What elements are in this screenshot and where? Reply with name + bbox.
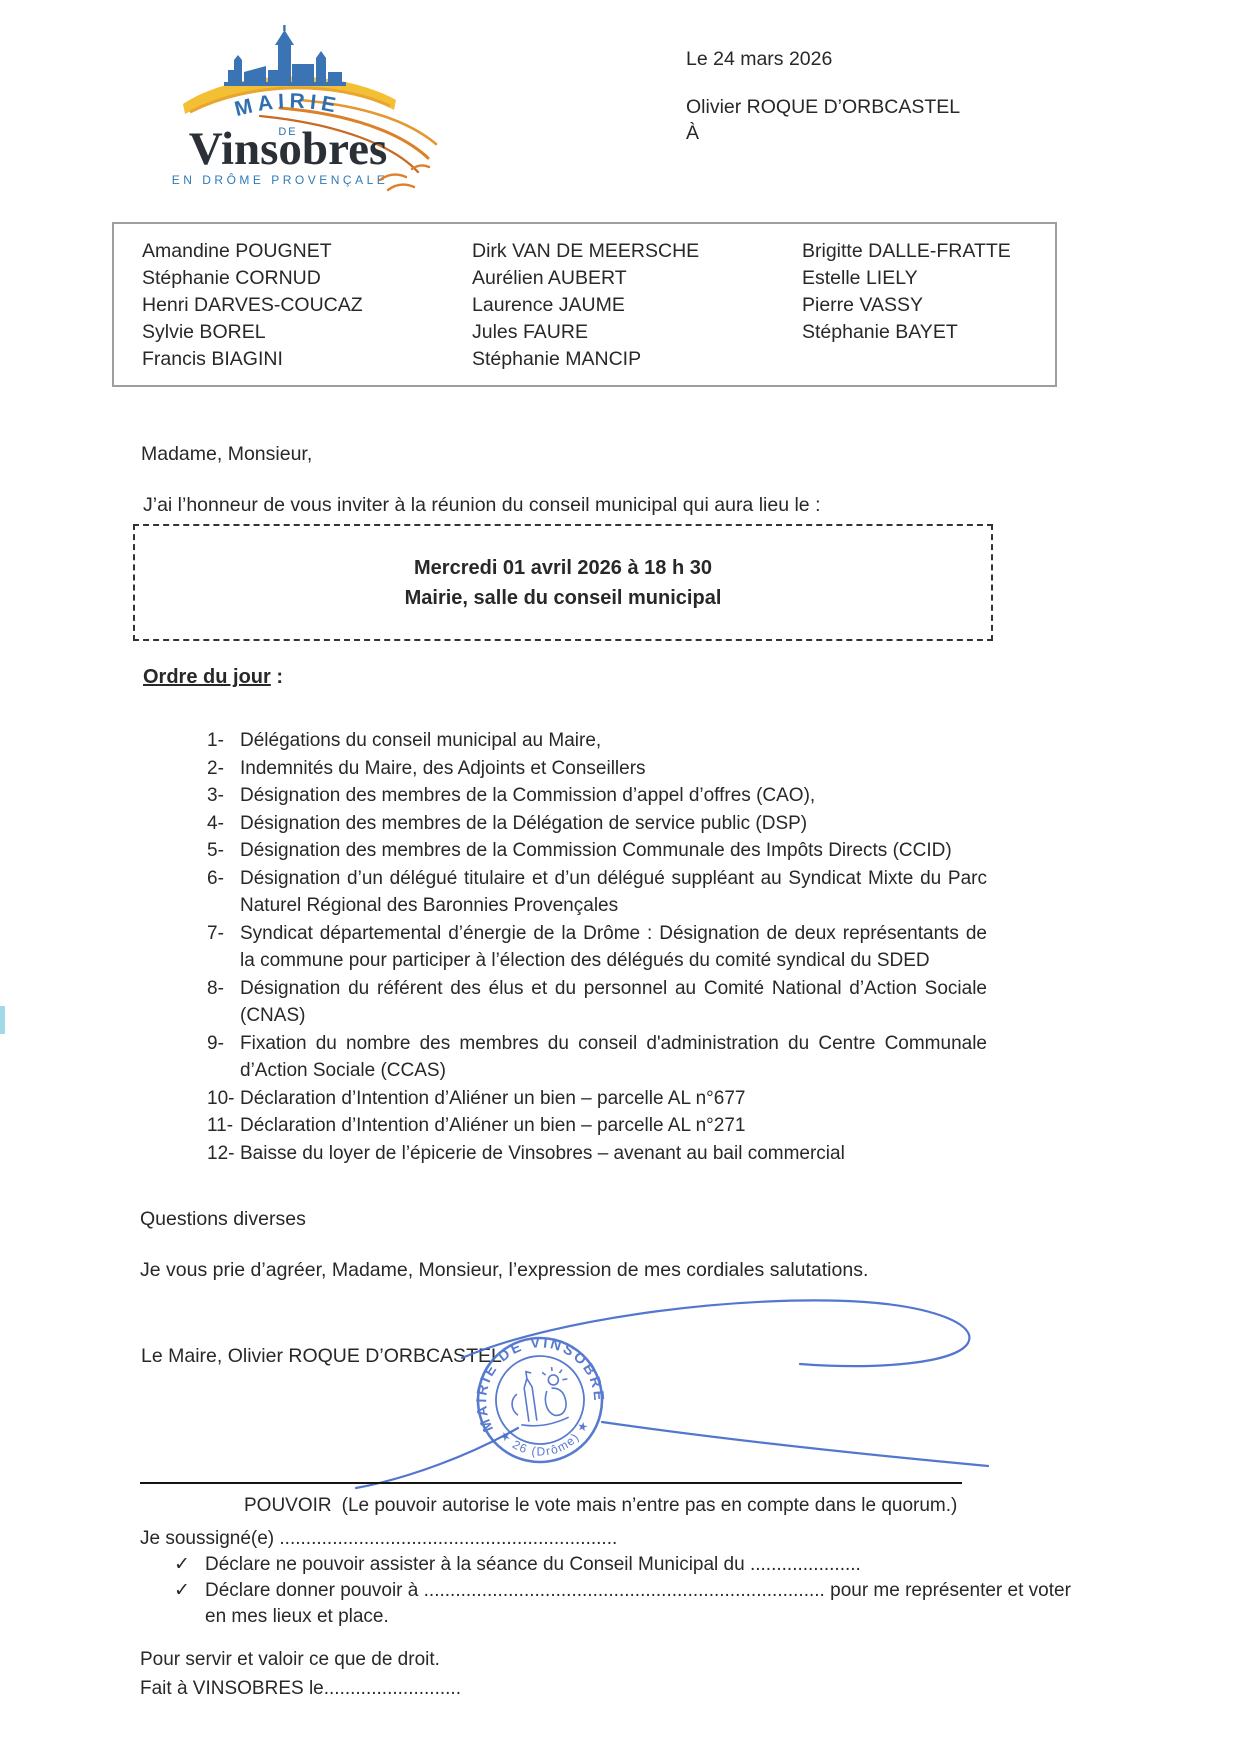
stamp-and-signature: MAIRIE DE VINSOBRES ★ 26 (Drôme) ★ xyxy=(320,1280,1010,1495)
mairie-vinsobres-logo: MAIRIE DE Vinsobres EN DRÔME PROVENÇALE xyxy=(128,22,448,197)
agenda-item: 9-Fixation du nombre des membres du cons… xyxy=(207,1030,987,1085)
agenda-item-number: 5- xyxy=(207,837,224,865)
agenda-item-number: 6- xyxy=(207,865,224,893)
agenda-item-number: 10- xyxy=(207,1085,234,1113)
recipient-name: Stéphanie BAYET xyxy=(802,319,1047,346)
meeting-location: Mairie, salle du conseil municipal xyxy=(135,583,991,613)
agenda-item: 5-Désignation des membres de la Commissi… xyxy=(207,837,987,865)
agenda-item-number: 9- xyxy=(207,1030,224,1058)
agenda-item-text: Désignation du référent des élus et du p… xyxy=(240,978,987,1027)
recipient-name: Stéphanie CORNUD xyxy=(142,265,472,292)
questions-diverses: Questions diverses xyxy=(140,1208,306,1231)
letter-author: Olivier ROQUE D’ORBCASTEL xyxy=(686,96,960,119)
agenda-item: 3-Désignation des membres de la Commissi… xyxy=(207,782,987,810)
letter-to-label: À xyxy=(686,122,960,145)
agenda-item: 4-Désignation des membres de la Délégati… xyxy=(207,810,987,838)
signature-stroke xyxy=(356,1300,988,1488)
agenda-item-text: Désignation des membres de la Commission… xyxy=(240,840,952,861)
logo-arc-text: MAIRIE xyxy=(232,90,342,121)
agenda-title-text: Ordre du jour xyxy=(143,666,271,688)
agenda-item-number: 8- xyxy=(207,975,224,1003)
stamp-emblem-icon xyxy=(508,1365,574,1429)
meeting-datetime: Mercredi 01 avril 2026 à 18 h 30 xyxy=(135,553,991,583)
agenda-item-text: Indemnités du Maire, des Adjoints et Con… xyxy=(240,758,646,779)
agenda-item-text: Déclaration d’Intention d’Aliéner un bie… xyxy=(240,1088,745,1109)
agenda-item-number: 3- xyxy=(207,782,224,810)
pouvoir-note: (Le pouvoir autorise le vote mais n’entr… xyxy=(342,1495,958,1516)
check1-text: Déclare ne pouvoir assister à la séance … xyxy=(205,1554,861,1575)
recipient-name: Laurence JAUME xyxy=(472,292,802,319)
agenda-item-text: Baisse du loyer de l’épicerie de Vinsobr… xyxy=(240,1143,845,1164)
pouvoir-check-1: ✓ Déclare ne pouvoir assister à la séanc… xyxy=(140,1552,1115,1578)
signed-dotted-blank: ........................................… xyxy=(279,1528,617,1549)
check2-text-end: pour me représenter et voter xyxy=(825,1580,1071,1601)
recipient-name: Aurélien AUBERT xyxy=(472,265,802,292)
letter-footer: Pour servir et valoir ce que de droit. F… xyxy=(140,1645,461,1703)
agenda-title-colon: : xyxy=(271,666,283,688)
agenda-item: 1-Délégations du conseil municipal au Ma… xyxy=(207,727,987,755)
recipient-name: Stéphanie MANCIP xyxy=(472,346,802,373)
agenda-item: 11-Déclaration d’Intention d’Aliéner un … xyxy=(207,1112,987,1140)
recipient-name: Sylvie BOREL xyxy=(142,319,472,346)
agenda-item-text: Déclaration d’Intention d’Aliéner un bie… xyxy=(240,1115,745,1136)
recipient-name: Francis BIAGINI xyxy=(142,346,472,373)
agenda-item-text: Syndicat départemental d’énergie de la D… xyxy=(240,923,987,972)
agenda-item: 2-Indemnités du Maire, des Adjoints et C… xyxy=(207,755,987,783)
agenda-item-number: 1- xyxy=(207,727,224,755)
agenda-item-number: 2- xyxy=(207,755,224,783)
pouvoir-check-2-continuation: en mes lieux et place. xyxy=(140,1604,1115,1630)
closing-line: Je vous prie d’agréer, Madame, Monsieur,… xyxy=(140,1259,868,1282)
logo-name-text: Vinsobres xyxy=(189,123,388,175)
agenda-item-text: Fixation du nombre des membres du consei… xyxy=(240,1033,987,1082)
pouvoir-signed-line: Je soussigné(e) ........................… xyxy=(140,1526,1115,1552)
stamp-ring-bottom-text: ★ 26 (Drôme) ★ xyxy=(496,1416,596,1465)
recipients-column-2: Dirk VAN DE MEERSCHE Aurélien AUBERT Lau… xyxy=(472,238,802,373)
agenda-item: 12-Baisse du loyer de l’épicerie de Vins… xyxy=(207,1140,987,1168)
check2-text: Déclare donner pouvoir à xyxy=(205,1580,424,1601)
recipient-name: Brigitte DALLE-FRATTE xyxy=(802,238,1047,265)
stamp-ring-top-text: MAIRIE DE VINSOBRES xyxy=(320,1280,609,1457)
recipients-column-1: Amandine POUGNET Stéphanie CORNUD Henri … xyxy=(142,238,472,373)
pouvoir-title: POUVOIR xyxy=(244,1495,332,1516)
recipient-name: Jules FAURE xyxy=(472,319,802,346)
agenda-item: 10-Déclaration d’Intention d’Aliéner un … xyxy=(207,1085,987,1113)
signed-label: Je soussigné(e) xyxy=(140,1528,279,1549)
letter-date: Le 24 mars 2026 xyxy=(686,48,960,71)
pouvoir-title-line: POUVOIR(Le pouvoir autorise le vote mais… xyxy=(140,1493,1115,1519)
agenda-item-number: 11- xyxy=(207,1112,233,1140)
agenda-item-text: Désignation d’un délégué titulaire et d’… xyxy=(240,868,987,917)
scanned-letter-page: MAIRIE DE Vinsobres EN DRÔME PROVENÇALE … xyxy=(0,0,1241,1754)
checkmark-icon: ✓ xyxy=(174,1552,190,1578)
pouvoir-section: POUVOIR(Le pouvoir autorise le vote mais… xyxy=(140,1493,1115,1630)
intro-line: J’ai l’honneur de vous inviter à la réun… xyxy=(143,494,820,517)
check2-dotted-blank: ........................................… xyxy=(424,1580,825,1601)
recipient-name: Dirk VAN DE MEERSCHE xyxy=(472,238,802,265)
agenda-item-number: 7- xyxy=(207,920,224,948)
recipient-name: Estelle LIELY xyxy=(802,265,1047,292)
agenda-item: 8-Désignation du référent des élus et du… xyxy=(207,975,987,1030)
agenda-item-number: 12- xyxy=(207,1140,234,1168)
recipient-name: Henri DARVES-COUCAZ xyxy=(142,292,472,319)
agenda-item-text: Désignation des membres de la Commission… xyxy=(240,785,815,806)
agenda-item: 7-Syndicat départemental d’énergie de la… xyxy=(207,920,987,975)
logo-tagline-text: EN DRÔME PROVENÇALE xyxy=(172,172,389,187)
recipient-name: Amandine POUGNET xyxy=(142,238,472,265)
scan-artifact-mark xyxy=(0,1006,5,1034)
salutation: Madame, Monsieur, xyxy=(141,443,312,466)
municipal-stamp-icon: MAIRIE DE VINSOBRES ★ 26 (Drôme) ★ xyxy=(320,1280,614,1493)
village-silhouette-icon xyxy=(224,25,346,86)
agenda-item-text: Désignation des membres de la Délégation… xyxy=(240,813,807,834)
recipient-name: Pierre VASSY xyxy=(802,292,1047,319)
header-right-block: Le 24 mars 2026 Olivier ROQUE D’ORBCASTE… xyxy=(686,48,960,145)
agenda-item-number: 4- xyxy=(207,810,224,838)
agenda-item-text: Délégations du conseil municipal au Mair… xyxy=(240,730,601,751)
checkmark-icon: ✓ xyxy=(174,1578,190,1604)
pouvoir-check-2: ✓ Déclare donner pouvoir à .............… xyxy=(140,1578,1115,1604)
agenda-item: 6-Désignation d’un délégué titulaire et … xyxy=(207,865,987,920)
recipients-column-3: Brigitte DALLE-FRATTE Estelle LIELY Pier… xyxy=(802,238,1047,373)
agenda-list: 1-Délégations du conseil municipal au Ma… xyxy=(207,727,987,1167)
footer-line-2: Fait à VINSOBRES le.....................… xyxy=(140,1674,461,1703)
recipients-box: Amandine POUGNET Stéphanie CORNUD Henri … xyxy=(112,222,1057,387)
agenda-title: Ordre du jour : xyxy=(143,666,283,689)
pouvoir-divider-line xyxy=(140,1482,962,1484)
meeting-details-box: Mercredi 01 avril 2026 à 18 h 30 Mairie,… xyxy=(133,524,993,641)
footer-line-1: Pour servir et valoir ce que de droit. xyxy=(140,1645,461,1674)
